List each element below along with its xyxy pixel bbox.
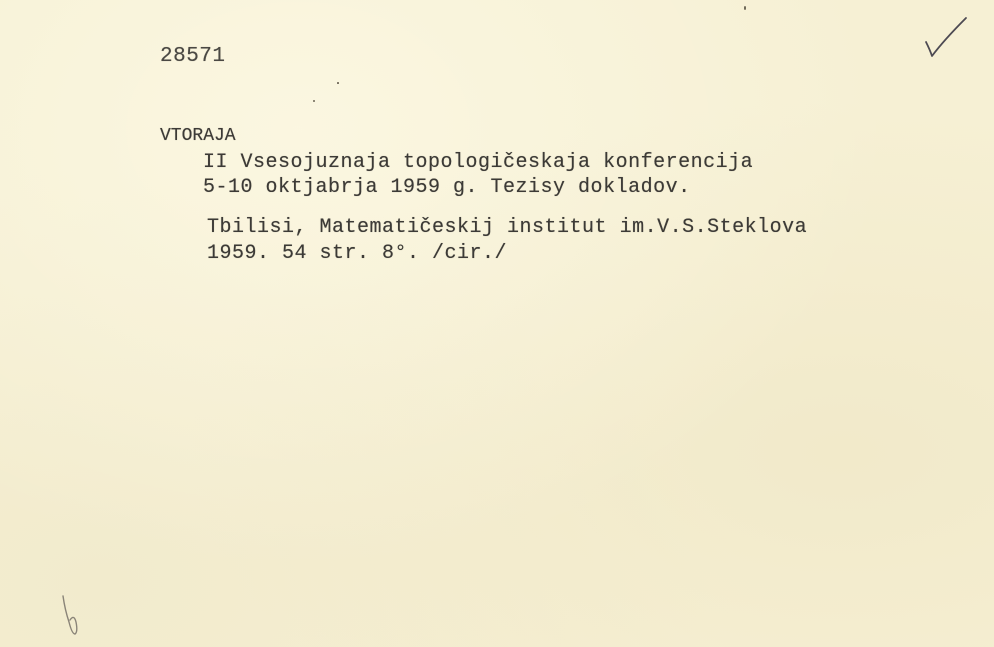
paper-speck [337, 82, 339, 84]
catalog-card: 28571 VTORAJA II Vsesojuznaja topologiče… [0, 0, 994, 647]
pencil-mark-icon [60, 592, 86, 638]
title-line-1: II Vsesojuznaja topologičeskaja konferen… [203, 153, 753, 173]
checkmark-icon [922, 12, 972, 60]
accession-number: 28571 [160, 46, 226, 67]
paper-speck [313, 100, 315, 102]
imprint-line-1: Tbilisi, Matematičeskij institut im.V.S.… [207, 218, 807, 238]
imprint-line-2: 1959. 54 str. 8°. /cir./ [207, 244, 507, 264]
title-line-2: 5-10 oktjabrja 1959 g. Tezisy dokladov. [203, 178, 691, 198]
paper-speck [744, 6, 746, 10]
entry-heading: VTORAJA [160, 127, 236, 145]
